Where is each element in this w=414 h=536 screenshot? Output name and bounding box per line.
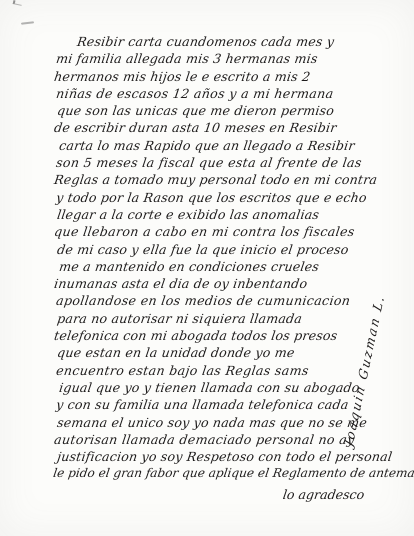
letter-line: para no autorisar ni siquiera llamada <box>56 310 397 327</box>
letter-line: Reglas a tomado muy personal todo en mi … <box>53 171 397 188</box>
letter-line: justificacion yo soy Respetoso con todo … <box>56 448 397 465</box>
letter-line: telefonica con mi abogada todos los pres… <box>53 327 397 344</box>
letter-line: que son las unicas que me dieron permiso <box>56 102 397 119</box>
letter-page: Resibir carta cuandomenos cada mes ymi f… <box>0 0 414 536</box>
letter-line: y todo por la Rason que los escritos que… <box>55 189 397 206</box>
letter-line: me a mantenido en condiciones crueles <box>58 258 397 275</box>
letter-line: llegar a la corte e exibido las anomalia… <box>56 206 397 223</box>
letter-line: son 5 meses la fiscal que esta al frente… <box>55 154 397 171</box>
letter-line: carta lo mas Rapido que an llegado a Res… <box>58 137 397 154</box>
letter-line: Resibir carta cuandomenos cada mes y <box>56 33 397 50</box>
letter-line: y con su familia una llamada telefonica … <box>55 396 397 413</box>
letter-line: encuentro estan bajo las Reglas sams <box>55 362 397 379</box>
scan-artifact <box>21 21 34 24</box>
letter-line: niñas de escasos 12 años y a mi hermana <box>55 85 397 102</box>
letter-line: de escribir duran asta 10 meses en Resib… <box>53 119 397 136</box>
letter-line: de mi caso y ella fue la que inicio el p… <box>56 241 397 258</box>
letter-line: hermanos mis hijos le e escrito a mis 2 <box>53 68 397 85</box>
scan-artifact <box>13 0 23 6</box>
letter-closing: lo agradesco <box>282 487 365 502</box>
letter-line: inumanas asta el dia de oy inbentando <box>53 275 397 292</box>
letter-line: que estan en la unidad donde yo me <box>56 344 397 361</box>
letter-line: mi familia allegada mis 3 hermanas mis <box>55 50 397 67</box>
letter-line: apollandose en los medios de cumunicacio… <box>55 292 397 309</box>
letter-line: le pido el gran fabor que aplique el Reg… <box>52 465 397 482</box>
letter-line: que llebaron a cabo en mi contra los fis… <box>53 223 397 240</box>
letter-line: igual que yo y tienen llamada con su abo… <box>58 379 397 396</box>
letter-body: Resibir carta cuandomenos cada mes ymi f… <box>55 33 395 483</box>
